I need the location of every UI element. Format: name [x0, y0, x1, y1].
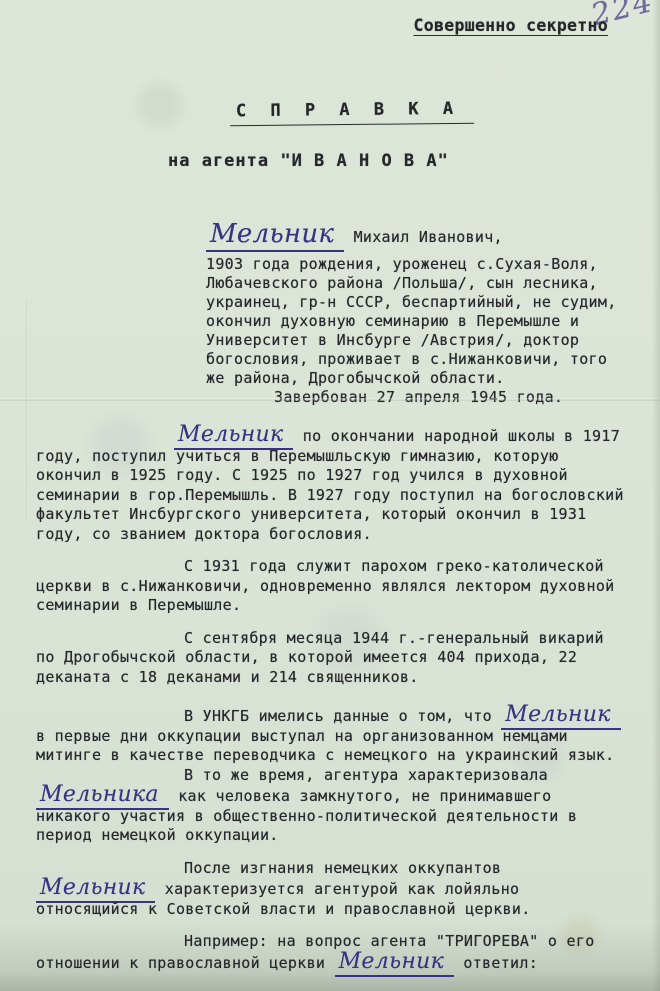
character-paragraph: В то же время, агентура характеризовала …: [36, 766, 624, 846]
handwritten-surname: Мельник: [206, 219, 344, 252]
vicar-text: С сентября месяца 1944 г.-генеральный ви…: [36, 629, 604, 686]
agent-name-line: Мельник Михаил Иванович,: [206, 225, 622, 247]
intro-section: Мельник Михаил Иванович, 1903 года рожде…: [206, 225, 622, 407]
bio-paragraph: 1903 года рождения, уроженец с.Сухая-Вол…: [206, 255, 622, 388]
classification-stamp: Совершенно секретно: [414, 16, 608, 35]
unkgb-paragraph: В УНКГБ имелись данные о том, что Мельни…: [36, 705, 624, 766]
unkgb-text-after: в первые дни оккупации выступал на орган…: [36, 727, 615, 765]
after-expulsion-paragraph: После изгнания немецких оккупантов Мельн…: [36, 859, 624, 920]
vertical-crease: [26, 300, 28, 520]
document-page: 224 Совершенно секретно С П Р А В К А на…: [0, 0, 660, 991]
service-text: С 1931 года служит парохом греко-католич…: [36, 557, 615, 614]
document-title: С П Р А В К А: [230, 99, 474, 127]
agent-given-names: Михаил Иванович,: [354, 228, 503, 246]
education-paragraph: Мельник по окончании народной школы в 19…: [36, 425, 624, 544]
example-paragraph: Например: на вопрос агента "ТРИГОРЕВА" о…: [36, 932, 624, 973]
unkgb-text-before: В УНКГБ имелись данные о том, что: [184, 707, 492, 725]
recruitment-line: Завербован 27 апреля 1945 года.: [206, 388, 622, 407]
after-expulsion-text-before: После изгнания немецких оккупантов: [184, 859, 501, 877]
page-edge-shadow: [652, 0, 660, 991]
education-text: по окончании народной школы в 1917 году,…: [36, 427, 624, 543]
handwritten-surname: Мельник: [335, 949, 454, 977]
document-subject: на агента "И В А Н О В А": [168, 151, 660, 171]
example-text-after: ответил:: [463, 954, 538, 972]
character-text-before: В то же время, агентура характеризовала: [184, 766, 548, 784]
service-paragraph: С 1931 года служит парохом греко-католич…: [36, 557, 624, 616]
vicar-paragraph: С сентября месяца 1944 г.-генеральный ви…: [36, 629, 624, 688]
